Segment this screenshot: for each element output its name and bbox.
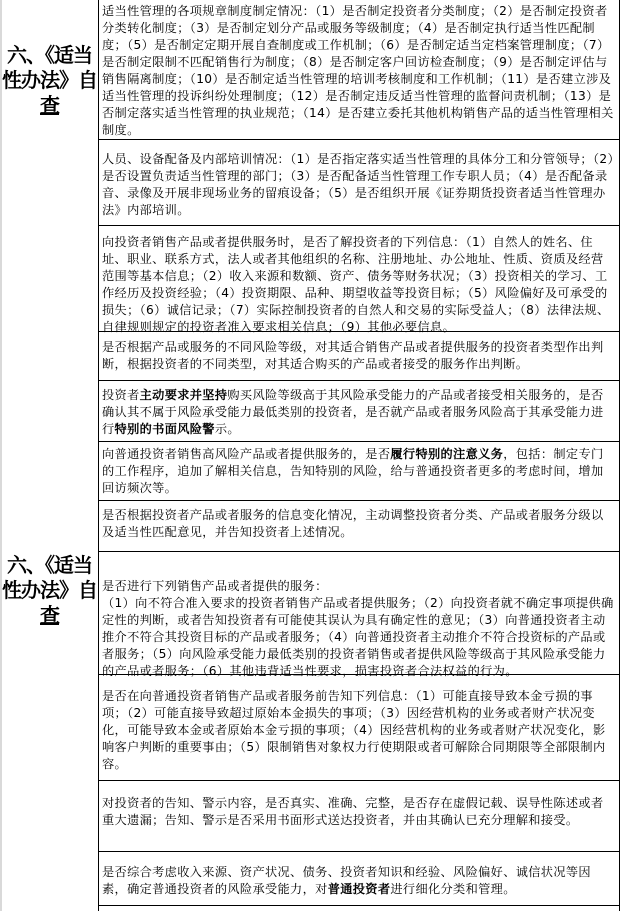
- check-item-investor-info: 向投资者销售产品或者提供服务时，是否了解投资者的下列信息：（1）自然人的姓名、住…: [99, 226, 619, 332]
- item-text: 人员、设备配备及内部培训情况：（1）是否指定落实适当性管理的具体分工和分管领导；…: [102, 152, 614, 217]
- section-label-bottom: 六、《适当 性办法》自 查: [2, 553, 97, 628]
- emphasis-text: 普通投资者: [328, 882, 391, 896]
- item-text: 投资者: [102, 388, 140, 402]
- check-item-adjustment: 是否根据投资者产品或者服务的信息变化情况，主动调整投资者分类、产品或者服务分级以…: [99, 501, 619, 552]
- check-item-risk-tolerance: 是否综合考虑收入来源、资产状况、债务、投资者知识和经验、风险偏好、诚信状况等因素…: [99, 852, 619, 906]
- item-text: 是否根据产品或服务的不同风险等级，对其适合销售产品或者提供服务的投资者类型作出判…: [102, 340, 604, 371]
- check-item-special-care: 向普通投资者销售高风险产品或者提供服务的，是否履行特别的注意义务，包括：制定专门…: [99, 442, 619, 501]
- check-item-prohibited-sales: 是否进行下列销售产品或者提供的服务：（1）向不符合准入要求的投资者销售产品或者提…: [99, 552, 619, 675]
- item-text: 是否进行下列销售产品或者提供的服务：: [102, 579, 328, 593]
- section-label-line2: 性办法》自: [2, 68, 97, 93]
- item-text: 进行细化分类和管理。: [390, 882, 515, 896]
- item-text: 是否根据投资者产品或者服务的信息变化情况，主动调整投资者分类、产品或者服务分级以…: [102, 508, 604, 539]
- section-label-line2: 性办法》自: [2, 578, 97, 603]
- emphasis-text: 主动要求并坚持: [140, 388, 228, 402]
- check-item-staffing-training: 人员、设备配备及内部培训情况：（1）是否指定落实适当性管理的具体分工和分管领导；…: [99, 140, 619, 226]
- check-items: 适当性管理的各项规章制度制定情况：（1）是否制定投资者分类制度；（2）是否制定投…: [98, 0, 620, 911]
- item-text: 示。: [215, 422, 240, 436]
- emphasis-text: 履行特别的注意义务: [390, 447, 503, 461]
- section-label-line1: 六、《适当: [2, 43, 97, 68]
- item-text: 向投资者销售产品或者提供服务时，是否了解投资者的下列信息：（1）自然人的姓名、住…: [102, 235, 610, 334]
- section-label-line3: 查: [2, 603, 97, 628]
- section-label-line3: 查: [2, 93, 97, 118]
- check-item-risk-level-judgment: 是否根据产品或服务的不同风险等级，对其适合销售产品或者提供服务的投资者类型作出判…: [99, 332, 619, 381]
- item-text: 向普通投资者销售高风险产品或者提供服务的，是否: [102, 447, 390, 461]
- check-item-warning-accuracy: 对投资者的告知、警示内容，是否真实、准确、完整，是否存在虚假记载、误导性陈述或者…: [99, 781, 619, 852]
- item-text: （1）向不符合准入要求的投资者销售产品或者提供服务；（2）向投资者就不确定事项提…: [102, 596, 614, 678]
- check-item-risk-warning: 投资者主动要求并坚持购买风险等级高于其风险承受能力的产品或者接受相关服务的，是否…: [99, 381, 619, 442]
- item-text: 适当性管理的各项规章制度制定情况：（1）是否制定投资者分类制度；（2）是否制定投…: [102, 4, 614, 137]
- item-text: 对投资者的告知、警示内容，是否真实、准确、完整，是否存在虚假记载、误导性陈述或者…: [102, 796, 604, 827]
- section-label-top: 六、《适当 性办法》自 查: [2, 43, 97, 118]
- check-item-disclosure: 是否在向普通投资者销售产品或者服务前告知下列信息：（1）可能直接导致本金亏损的事…: [99, 675, 619, 781]
- emphasis-text: 特别的书面风险警: [115, 422, 215, 436]
- item-text: 是否在向普通投资者销售产品或者服务前告知下列信息：（1）可能直接导致本金亏损的事…: [102, 689, 606, 771]
- check-item-regulations: 适当性管理的各项规章制度制定情况：（1）是否制定投资者分类制度；（2）是否制定投…: [99, 0, 619, 140]
- section-label-line1: 六、《适当: [2, 553, 97, 578]
- self-check-table: 六、《适当 性办法》自 查 六、《适当 性办法》自 查 适当性管理的各项规章制度…: [0, 0, 621, 911]
